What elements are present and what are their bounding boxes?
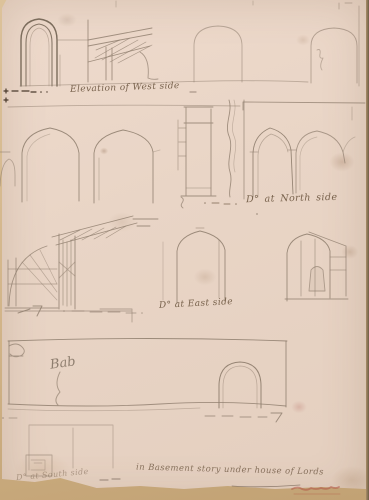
sketch-row1-west-elevation	[20, 1, 359, 86]
pencil-sketch-drawing	[0, 0, 369, 500]
artwork-scan: Elevation of West side D° at North side …	[0, 0, 369, 500]
accession-stamp	[292, 487, 340, 494]
sketch-row4-basement-wall	[2, 339, 287, 423]
